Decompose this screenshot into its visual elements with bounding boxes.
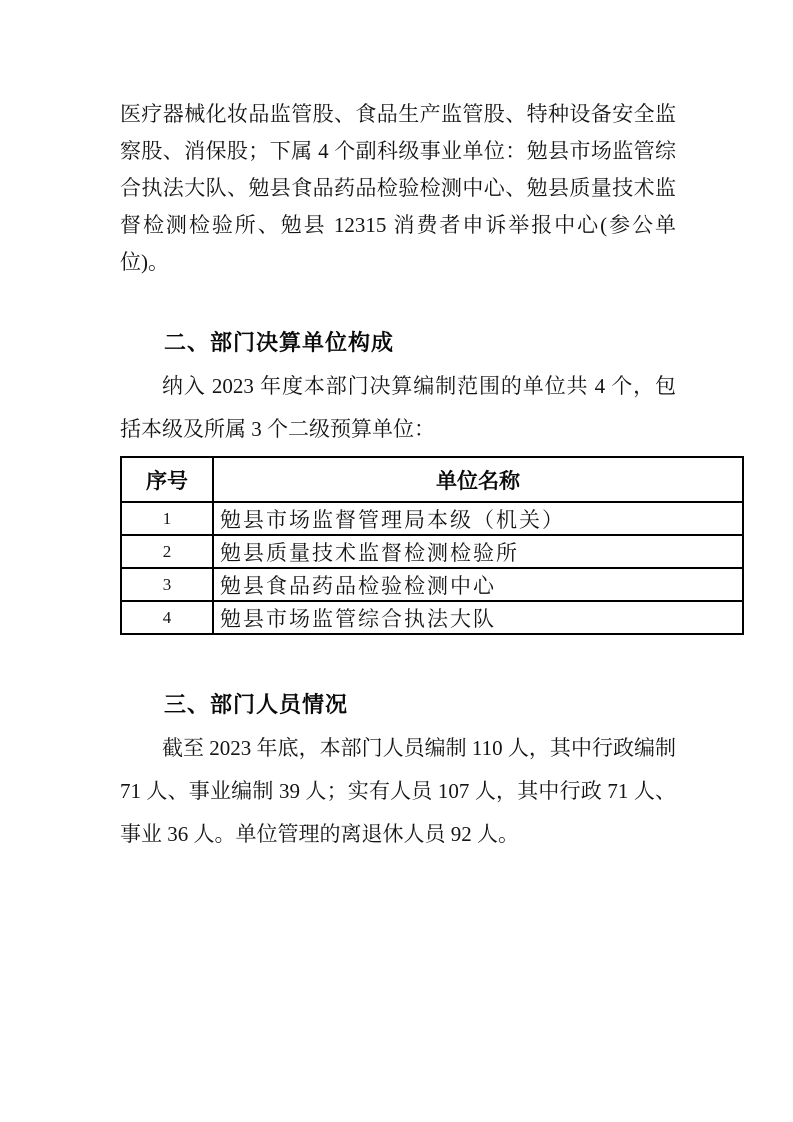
unit-name: 勉县质量技术监督检测检验所 (213, 535, 743, 568)
row-index: 1 (121, 502, 213, 535)
unit-name: 勉县市场监督管理局本级（机关） (213, 502, 743, 535)
table-header-unit-name: 单位名称 (213, 457, 743, 502)
row-index: 4 (121, 601, 213, 634)
unit-table: 序号 单位名称 1 勉县市场监督管理局本级（机关） 2 勉县质量技术监督检测检验… (120, 456, 744, 635)
section-heading-staffing: 三、部门人员情况 (120, 691, 676, 719)
paragraph-unit-list-continuation: 医疗器械化妆品监管股、食品生产监管股、特种设备安全监察股、消保股；下属 4 个副… (120, 96, 676, 281)
unit-name: 勉县市场监管综合执法大队 (213, 601, 743, 634)
table-row: 3 勉县食品药品检验检测中心 (121, 568, 743, 601)
paragraph-org-intro: 纳入 2023 年度本部门决算编制范围的单位共 4 个，包括本级及所属 3 个二… (120, 365, 676, 451)
unit-name: 勉县食品药品检验检测中心 (213, 568, 743, 601)
table-header-row: 序号 单位名称 (121, 457, 743, 502)
document-page: 医疗器械化妆品监管股、食品生产监管股、特种设备安全监察股、消保股；下属 4 个副… (0, 0, 793, 1122)
row-index: 2 (121, 535, 213, 568)
table-row: 2 勉县质量技术监督检测检验所 (121, 535, 743, 568)
table-row: 4 勉县市场监管综合执法大队 (121, 601, 743, 634)
paragraph-staffing: 截至 2023 年底，本部门人员编制 110 人，其中行政编制 71 人、事业编… (120, 727, 676, 856)
section-heading-org-structure: 二、部门决算单位构成 (120, 329, 676, 357)
row-index: 3 (121, 568, 213, 601)
table-row: 1 勉县市场监督管理局本级（机关） (121, 502, 743, 535)
table-header-index: 序号 (121, 457, 213, 502)
page-content: 医疗器械化妆品监管股、食品生产监管股、特种设备安全监察股、消保股；下属 4 个副… (120, 0, 676, 856)
